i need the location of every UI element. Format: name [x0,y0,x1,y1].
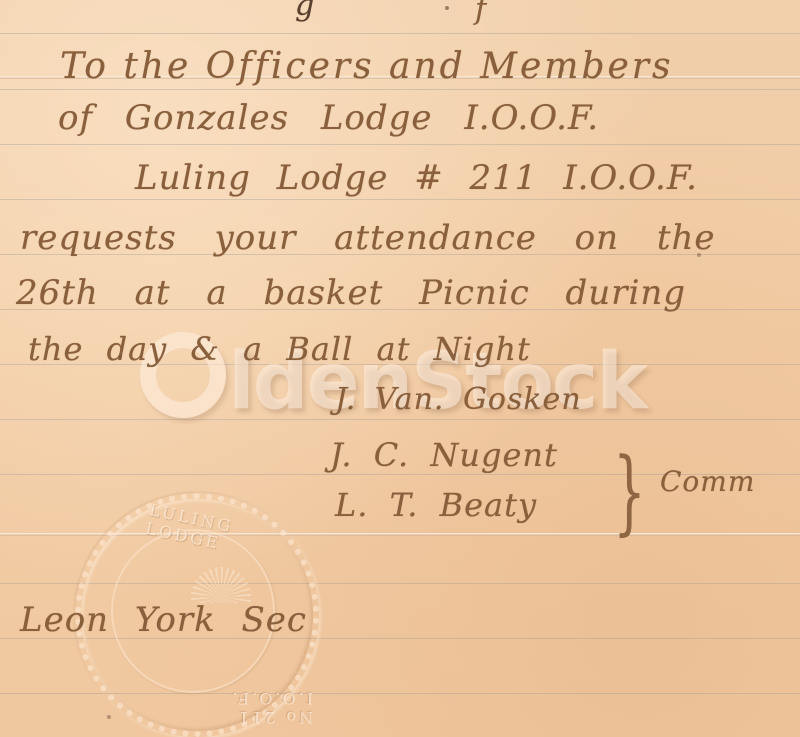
top-fragment: f [475,0,487,27]
ink-speck [560,68,564,72]
ruled-line [0,144,800,145]
top-fragment: g [295,0,315,23]
ink-speck [697,253,701,257]
seal-text-bottom: No 211 I.O.O.F. [151,689,313,727]
body-line: the day & a Ball at Night [28,330,531,368]
body-line: 26th at a basket Picnic during [16,273,686,313]
ink-speck [107,715,111,719]
signature: L. T. Beaty [335,486,537,524]
secretary-signature: Leon York Sec [20,600,307,640]
body-line: requests your attendance on the [20,218,716,258]
body-line-recipient-lodge: of Gonzales Lodge I.O.O.F. [58,98,599,138]
ink-speck [118,355,122,359]
signature: J. Van. Gosken [335,382,582,417]
brace-icon: } [613,438,646,545]
ruled-line [0,33,800,34]
ruled-line [0,199,800,200]
committee-label: Comm [660,465,755,498]
signature: J. C. Nugent [330,436,558,474]
ink-speck [445,6,449,10]
body-line-sender-lodge: Luling Lodge # 211 I.O.O.F. [135,158,698,198]
ruled-line [0,89,800,90]
letter-page: LULING LODGE No 211 I.O.O.F. ldenStock g… [0,0,800,737]
body-line-salutation: To the Officers and Members [60,46,673,87]
